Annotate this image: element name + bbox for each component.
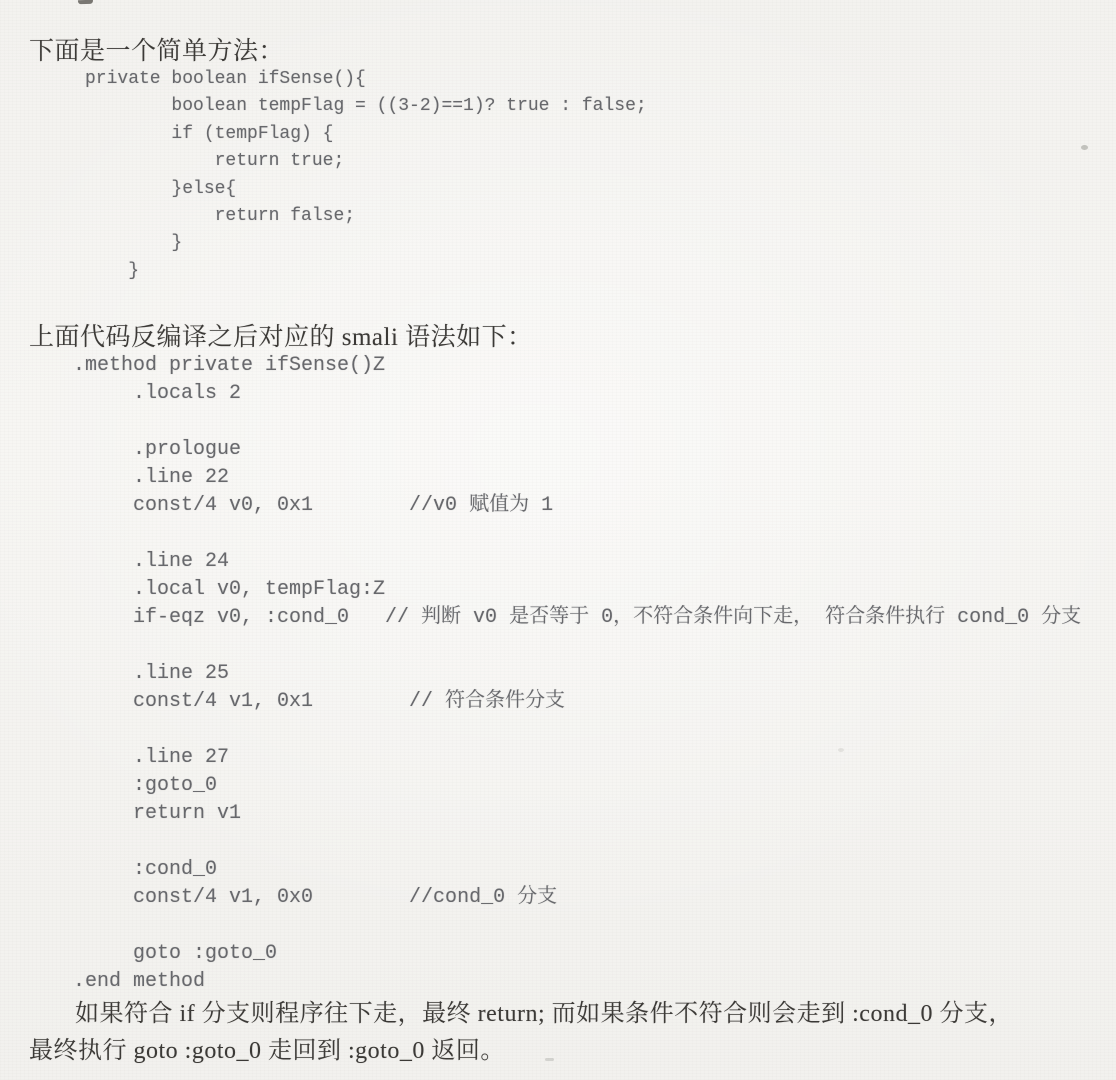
scanned-page: 下面是一个简单方法： private boolean ifSense(){ bo…	[0, 0, 1116, 1080]
closing-paragraph: 如果符合 if 分支则程序往下走，最终 return; 而如果条件不符合则会走到…	[29, 996, 1109, 1070]
smali-intro-paragraph: 上面代码反编译之后对应的 smali 语法如下：	[29, 321, 1109, 355]
java-code-block: private boolean ifSense(){ boolean tempF…	[85, 66, 647, 285]
scan-edge-mark	[78, 0, 93, 4]
smali-code-block: .method private ifSense()Z .locals 2 .pr…	[73, 352, 1081, 996]
closing-paragraph-line2: 最终执行 goto :goto_0 走回到 :goto_0 返回。	[29, 1033, 1109, 1070]
scan-speck	[1081, 145, 1088, 150]
intro-paragraph: 下面是一个简单方法：	[29, 35, 1109, 69]
closing-paragraph-line1: 如果符合 if 分支则程序往下走，最终 return; 而如果条件不符合则会走到…	[29, 996, 1109, 1033]
